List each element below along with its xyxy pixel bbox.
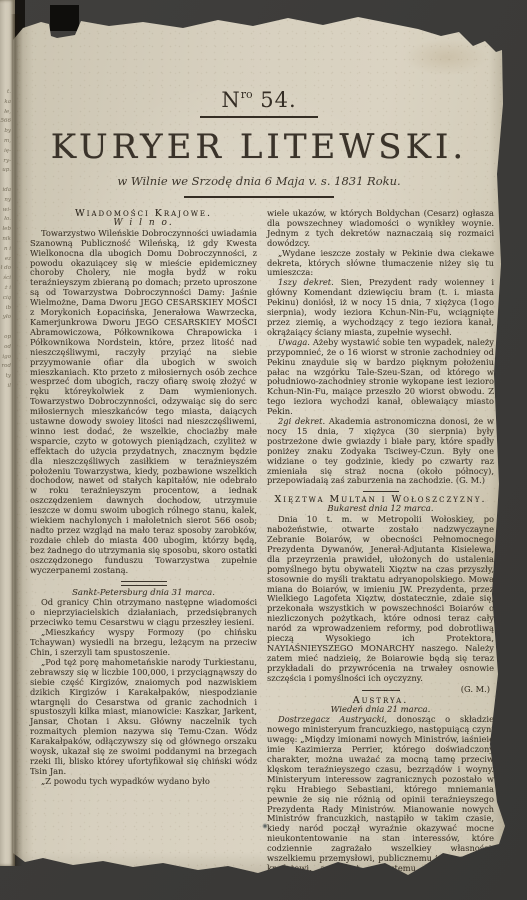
section-divider xyxy=(121,581,167,586)
torn-edge-notch xyxy=(50,5,79,31)
newspaper-page: Nro 54. KURYER LITEWSKI. w Wilnie we Srz… xyxy=(13,14,505,878)
paragraph-dekret-1: 1szy dekret. Sien, Prezydent rady woienn… xyxy=(267,278,494,337)
paragraph-dekreta: „Wydane ieszcze zostały w Pekinie dwa ci… xyxy=(267,249,494,279)
section-divider xyxy=(363,491,399,492)
paragraph-ukazy: wiele ukazów, w których Boldychan (Cesar… xyxy=(267,209,494,249)
issue-number-superscript: ro xyxy=(241,88,253,101)
paragraph-turkiestan: „Pod tęż porę mahometańskie narody Turki… xyxy=(30,658,257,777)
newspaper-scan: t. ka łe, 566 by m, ię- ry- up. ida ny w… xyxy=(0,0,527,900)
right-column: wiele ukazów, w których Boldychan (Cesar… xyxy=(267,209,494,884)
masthead-rule-top xyxy=(200,116,318,118)
paragraph-dekret-2: 2gi dekret. Akademia astronomiczna donos… xyxy=(267,417,494,486)
underlying-page-text-fragments: t. ka łe, 566 by m, ię- ry- up. ida ny w… xyxy=(0,88,15,392)
paragraph-wypadki: „Z powodu tych wypadków wydano było xyxy=(30,777,257,787)
left-column: Wiadomości Krajowe. W i l n o. Towarzyst… xyxy=(30,209,257,884)
paragraph-wieden: Dostrzegacz Austryacki, donosząc o skład… xyxy=(267,715,494,883)
issue-number: Nro 54. xyxy=(13,88,505,112)
credit-gm: (G. M.) xyxy=(461,685,490,695)
newspaper-title: KURYER LITEWSKI. xyxy=(13,127,505,167)
paragraph-formoza: „Mieszkańcy wyspy Formozy (po chińsku Tc… xyxy=(30,628,257,658)
uwaga-lead: Uwaga. xyxy=(278,337,310,347)
credit-line: (G. M.) xyxy=(267,685,494,696)
underlying-page-edge: t. ka łe, 566 by m, ię- ry- up. ida ny w… xyxy=(0,0,15,866)
masthead: Nro 54. KURYER LITEWSKI. w Wilnie we Srz… xyxy=(13,14,505,198)
section-heading-austrya: Austrya. xyxy=(267,696,494,706)
paragraph-uwaga: Uwaga. Ażeby wystawić sobie ten wypadek,… xyxy=(267,338,494,417)
masthead-dateline: w Wilnie we Srzodę dnia 6 Maja v. s. 183… xyxy=(13,174,505,188)
paragraph-charity: Towarzystwo Wileńskie Dobroczynności uwi… xyxy=(30,229,257,576)
wieden-lead: Dostrzegacz Austryacki, xyxy=(278,714,387,724)
dekret-2-lead: 2gi dekret. xyxy=(278,416,325,426)
dekret-1-lead: 1szy dekret. xyxy=(278,277,334,287)
paragraph-bukarest: Dnia 10 t. m. w Metropolii Wołoskiey, po… xyxy=(267,515,494,683)
section-divider xyxy=(362,690,400,691)
paragraph-china-intro: Od granicy Chin otrzymano następne wiado… xyxy=(30,598,257,628)
article-columns: Wiadomości Krajowe. W i l n o. Towarzyst… xyxy=(13,198,505,884)
